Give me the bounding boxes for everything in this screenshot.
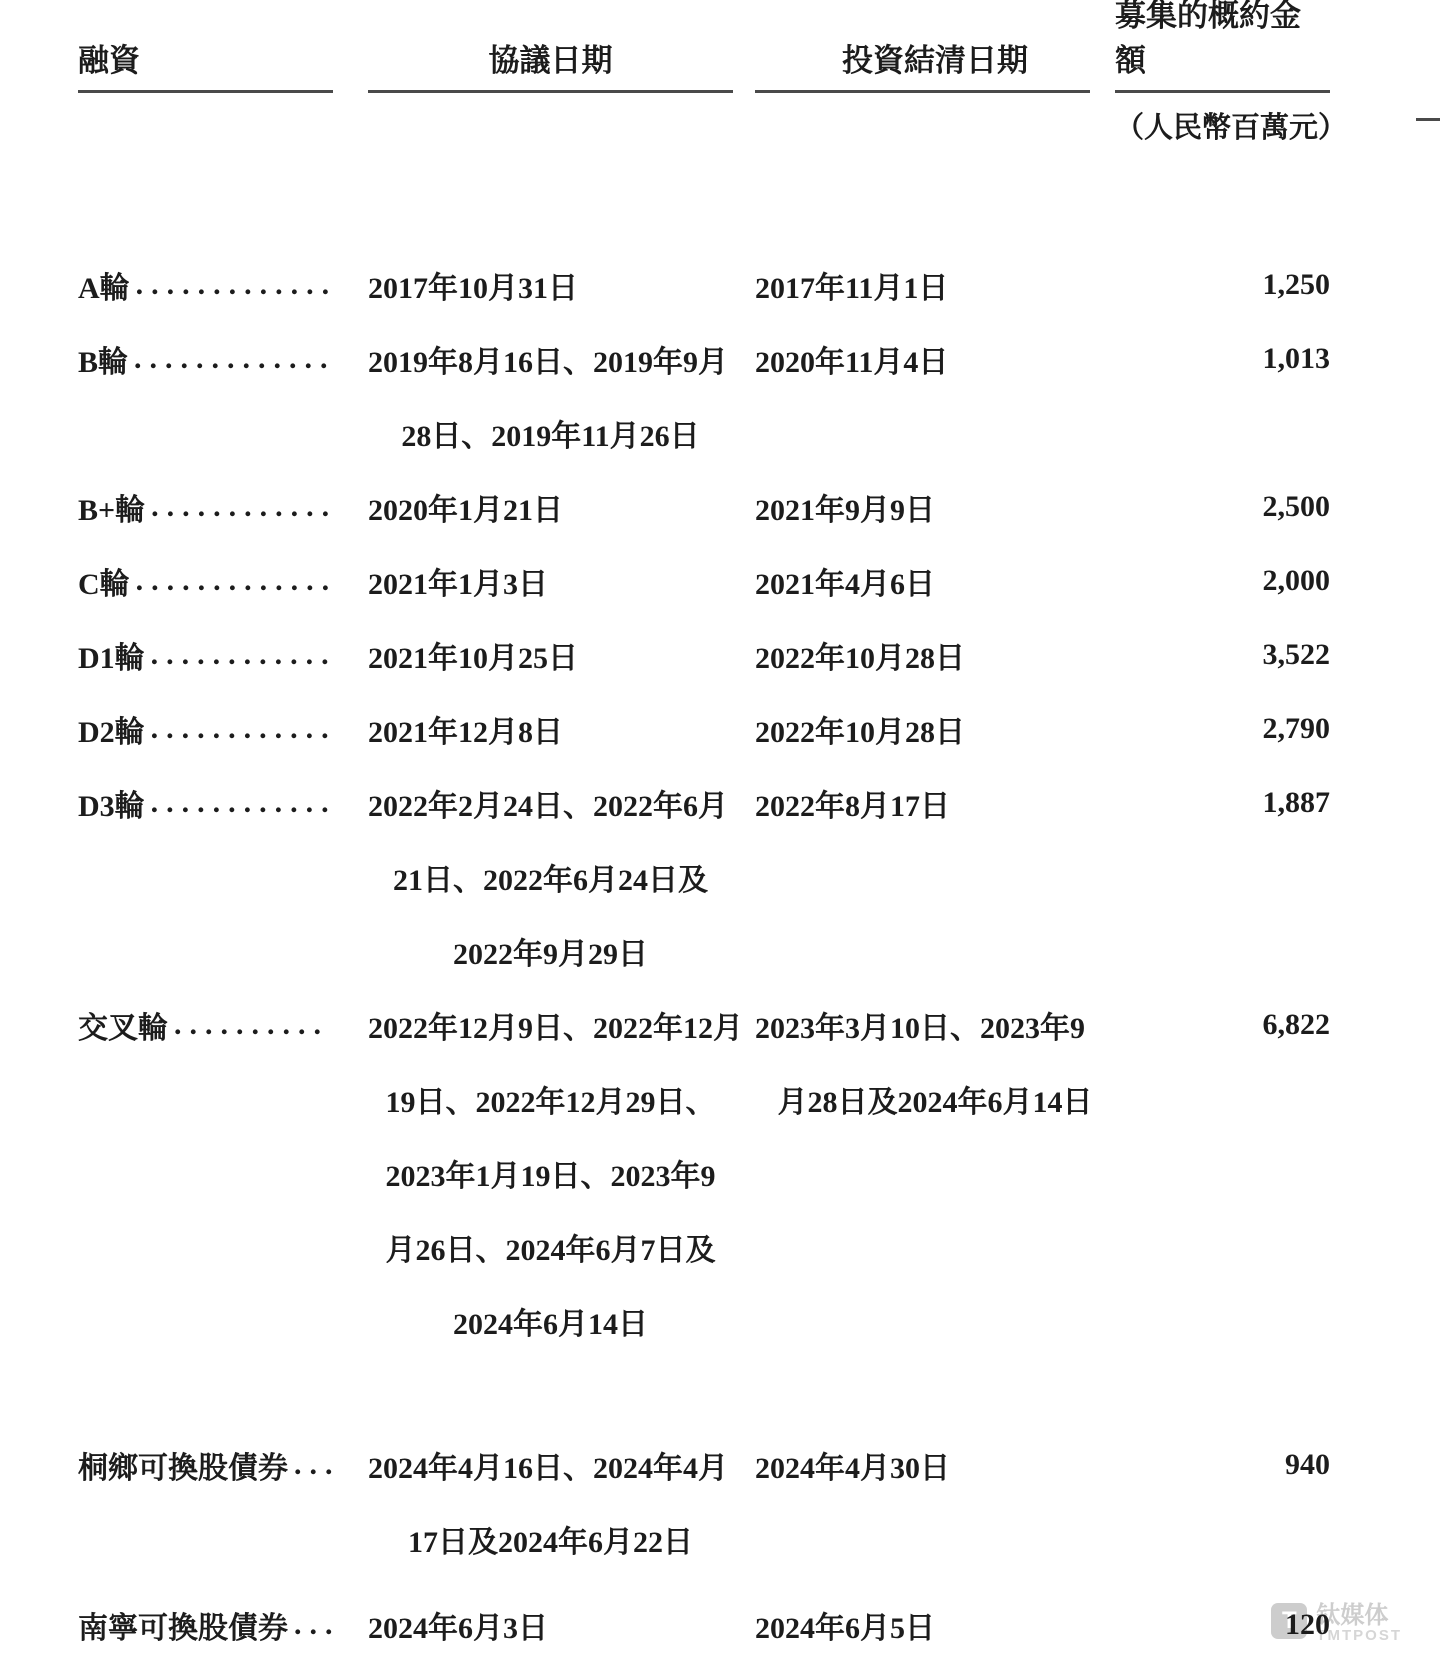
- agreement-cell: 2022年12月9日、2022年12月19日、2022年12月29日、2023年…: [368, 988, 733, 1358]
- date-line: 2024年6月3日: [368, 1588, 733, 1658]
- settlement-cell: 2021年9月9日: [733, 470, 1115, 544]
- agreement-cell: 2024年6月3日: [368, 1588, 733, 1658]
- agreement-cell: 2021年1月3日: [368, 544, 733, 618]
- amount-cell: 1,887: [1115, 766, 1330, 988]
- table-row: B輪............. 2019年8月16日、2019年9月28日、20…: [78, 322, 1330, 470]
- column-unit-amount: （人民幣百萬元）: [1115, 105, 1330, 146]
- date-line-continued: 19日、2022年12月29日、: [368, 1062, 733, 1136]
- dot-leader: ............: [151, 638, 337, 672]
- table-row: B+輪............ 2020年1月21日 2021年9月9日 2,5…: [78, 470, 1330, 544]
- amount-cell: 3,522: [1115, 618, 1330, 692]
- table-body: A輪............. 2017年10月31日 2017年11月1日 1…: [78, 248, 1330, 1658]
- table-header: 融資 協議日期 投資結清日期 募集的概約金額 （人民幣百萬元）: [78, 28, 1330, 146]
- agreement-cell: 2020年1月21日: [368, 470, 733, 544]
- settlement-cell: 2022年8月17日: [733, 766, 1115, 988]
- amount-cell: 940: [1115, 1428, 1330, 1576]
- agreement-cell: 2019年8月16日、2019年9月28日、2019年11月26日: [368, 322, 733, 470]
- table-row: D3輪............ 2022年2月24日、2022年6月21日、20…: [78, 766, 1330, 988]
- amount-cell: 2,790: [1115, 692, 1330, 766]
- agreement-cell: 2022年2月24日、2022年6月21日、2022年6月24日及2022年9月…: [368, 766, 733, 988]
- header-rule: [368, 90, 733, 93]
- row-label: 南寧可換股債券: [78, 1603, 288, 1647]
- header-cell-settlement-date: 投資結清日期: [733, 28, 1115, 146]
- date-line: 2021年9月9日: [755, 470, 1115, 544]
- settlement-cell: 2017年11月1日: [733, 248, 1115, 322]
- settlement-cell: 2024年6月5日: [733, 1588, 1115, 1658]
- column-title-agreement-date: 協議日期: [368, 28, 733, 90]
- header-cell-amount: 募集的概約金額 （人民幣百萬元）: [1115, 28, 1330, 146]
- financing-cell: C輪.............: [78, 544, 368, 618]
- amount-value: 2,500: [1115, 470, 1330, 544]
- date-line: 2022年12月9日、2022年12月: [368, 988, 733, 1062]
- settlement-cell: 2023年3月10日、2023年9月28日及2024年6月14日: [733, 988, 1115, 1358]
- column-title-amount: 募集的概約金額: [1115, 28, 1330, 90]
- dot-leader: ..........: [174, 1008, 329, 1042]
- date-line: 2020年11月4日: [755, 322, 1115, 396]
- settlement-cell: 2022年10月28日: [733, 618, 1115, 692]
- date-line: 2017年10月31日: [368, 248, 733, 322]
- row-label: B輪: [78, 337, 128, 381]
- agreement-cell: 2021年12月8日: [368, 692, 733, 766]
- amount-cell: 2,500: [1115, 470, 1330, 544]
- settlement-cell: 2022年10月28日: [733, 692, 1115, 766]
- table-row: D1輪............ 2021年10月25日 2022年10月28日 …: [78, 618, 1330, 692]
- dot-leader: .............: [136, 564, 338, 598]
- dot-leader: ...: [294, 1448, 341, 1482]
- prospectus-page: 融資 協議日期 投資結清日期 募集的概約金額 （人民幣百萬元） A輪..: [0, 0, 1440, 1658]
- date-line: 2024年4月30日: [755, 1428, 1115, 1502]
- date-line: 2021年4月6日: [755, 544, 1115, 618]
- financing-cell: 桐鄉可換股債券...: [78, 1428, 368, 1576]
- date-line: 2022年10月28日: [755, 692, 1115, 766]
- agreement-cell: 2024年4月16日、2024年4月17日及2024年6月22日: [368, 1428, 733, 1576]
- settlement-cell: 2024年4月30日: [733, 1428, 1115, 1576]
- table-row: C輪............. 2021年1月3日 2021年4月6日 2,00…: [78, 544, 1330, 618]
- amount-cell: 6,822: [1115, 988, 1330, 1358]
- header-rule: [78, 90, 333, 93]
- table-row: 桐鄉可換股債券... 2024年4月16日、2024年4月17日及2024年6月…: [78, 1428, 1330, 1576]
- date-line-continued: 2023年1月19日、2023年9: [368, 1136, 733, 1210]
- date-line-continued: 2024年6月14日: [368, 1284, 733, 1358]
- amount-value: 1,887: [1115, 766, 1330, 840]
- financing-table: 融資 協議日期 投資結清日期 募集的概約金額 （人民幣百萬元） A輪..: [78, 28, 1330, 1658]
- financing-cell: D2輪............: [78, 692, 368, 766]
- date-line: 2021年12月8日: [368, 692, 733, 766]
- date-line-continued: 28日、2019年11月26日: [368, 396, 733, 470]
- amount-value: 2,790: [1115, 692, 1330, 766]
- dot-leader: .............: [136, 268, 338, 302]
- dot-leader: .............: [134, 342, 336, 376]
- date-line: 2021年1月3日: [368, 544, 733, 618]
- settlement-cell: 2020年11月4日: [733, 322, 1115, 470]
- date-line: 2022年2月24日、2022年6月: [368, 766, 733, 840]
- cutoff-column-rule: [1416, 118, 1440, 121]
- dot-leader: ............: [151, 786, 337, 820]
- amount-value: 1,013: [1115, 322, 1330, 396]
- row-label: A輪: [78, 263, 130, 307]
- date-line: 2019年8月16日、2019年9月: [368, 322, 733, 396]
- financing-cell: B輪.............: [78, 322, 368, 470]
- header-rule: [755, 90, 1090, 93]
- date-line-continued: 月28日及2024年6月14日: [755, 1062, 1115, 1136]
- amount-value: 1,250: [1115, 248, 1330, 322]
- dot-leader: ............: [151, 490, 337, 524]
- row-label: 交叉輪: [78, 1003, 168, 1047]
- row-label: 桐鄉可換股債券: [78, 1443, 288, 1487]
- row-label: B+輪: [78, 485, 145, 529]
- agreement-cell: 2017年10月31日: [368, 248, 733, 322]
- date-line-continued: 17日及2024年6月22日: [368, 1502, 733, 1576]
- date-line-continued: 月26日、2024年6月7日及: [368, 1210, 733, 1284]
- amount-value: 120: [1115, 1588, 1330, 1658]
- column-title-financing: 融資: [78, 28, 368, 90]
- row-label: D2輪: [78, 707, 145, 751]
- amount-cell: 1,013: [1115, 322, 1330, 470]
- date-line-continued: 2022年9月29日: [368, 914, 733, 988]
- column-title-settlement-date: 投資結清日期: [733, 28, 1115, 90]
- date-line: 2024年4月16日、2024年4月: [368, 1428, 733, 1502]
- amount-value: 3,522: [1115, 618, 1330, 692]
- date-line: 2022年8月17日: [755, 766, 1115, 840]
- dot-leader: ...: [294, 1608, 341, 1642]
- financing-cell: A輪.............: [78, 248, 368, 322]
- table-row: A輪............. 2017年10月31日 2017年11月1日 1…: [78, 248, 1330, 322]
- header-rule: [1115, 90, 1330, 93]
- date-line: 2024年6月5日: [755, 1588, 1115, 1658]
- amount-value: 2,000: [1115, 544, 1330, 618]
- settlement-cell: 2021年4月6日: [733, 544, 1115, 618]
- row-label: D3輪: [78, 781, 145, 825]
- row-label: C輪: [78, 559, 130, 603]
- row-label: D1輪: [78, 633, 145, 677]
- amount-value: 6,822: [1115, 988, 1330, 1062]
- table-row: 南寧可換股債券... 2024年6月3日 2024年6月5日 120: [78, 1588, 1330, 1658]
- header-cell-financing: 融資: [78, 28, 368, 146]
- date-line: 2021年10月25日: [368, 618, 733, 692]
- financing-cell: 交叉輪..........: [78, 988, 368, 1358]
- financing-cell: D3輪............: [78, 766, 368, 988]
- date-line-continued: 21日、2022年6月24日及: [368, 840, 733, 914]
- financing-cell: 南寧可換股債券...: [78, 1588, 368, 1658]
- date-line: 2017年11月1日: [755, 248, 1115, 322]
- dot-leader: ............: [151, 712, 337, 746]
- amount-cell: 1,250: [1115, 248, 1330, 322]
- header-cell-agreement-date: 協議日期: [368, 28, 733, 146]
- amount-cell: 2,000: [1115, 544, 1330, 618]
- table-row: D2輪............ 2021年12月8日 2022年10月28日 2…: [78, 692, 1330, 766]
- table-row: 交叉輪.......... 2022年12月9日、2022年12月19日、202…: [78, 988, 1330, 1358]
- date-line: 2020年1月21日: [368, 470, 733, 544]
- amount-cell: 120: [1115, 1588, 1330, 1658]
- amount-value: 940: [1115, 1428, 1330, 1502]
- date-line: 2023年3月10日、2023年9: [755, 988, 1115, 1062]
- financing-cell: D1輪............: [78, 618, 368, 692]
- date-line: 2022年10月28日: [755, 618, 1115, 692]
- financing-cell: B+輪............: [78, 470, 368, 544]
- agreement-cell: 2021年10月25日: [368, 618, 733, 692]
